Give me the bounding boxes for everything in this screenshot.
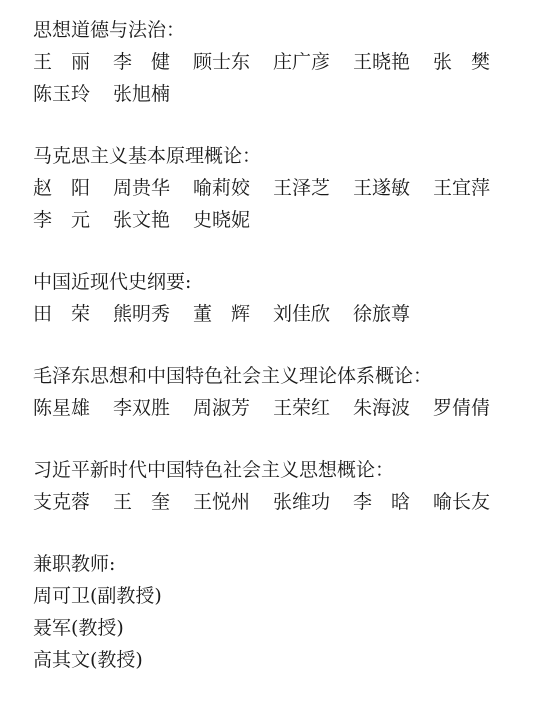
teacher-names: 王 丽 李 健 顾士东 庄广彦 王晓艳 张 樊 陈玉玲 张旭楠 xyxy=(33,46,513,110)
section-marxism-principles: 马克思主义基本原理概论： 赵 阳 周贵华 喻莉姣 王泽芝 王遂敏 王宜萍 李 元… xyxy=(33,140,558,236)
teacher-name: 罗倩倩 xyxy=(433,392,513,424)
teacher-name: 徐旅尊 xyxy=(353,298,433,330)
teacher-name: 周淑芳 xyxy=(193,392,273,424)
section-ethics-and-law: 思想道德与法治： 王 丽 李 健 顾士东 庄广彦 王晓艳 张 樊 陈玉玲 张旭楠 xyxy=(33,14,558,110)
faculty-list-document: 思想道德与法治： 王 丽 李 健 顾士东 庄广彦 王晓艳 张 樊 陈玉玲 张旭楠… xyxy=(0,0,558,676)
teacher-name: 支克蓉 xyxy=(33,486,113,518)
teacher-name: 李 元 xyxy=(33,204,113,236)
teacher-names: 田 荣 熊明秀 董 辉 刘佳欣 徐旅尊 xyxy=(33,298,513,330)
section-title: 习近平新时代中国特色社会主义思想概论： xyxy=(33,454,558,486)
teacher-name: 史晓妮 xyxy=(193,204,273,236)
teacher-name: 刘佳欣 xyxy=(273,298,353,330)
teacher-name: 王 丽 xyxy=(33,46,113,78)
teacher-name: 周贵华 xyxy=(113,172,193,204)
teacher-name: 李双胜 xyxy=(113,392,193,424)
teacher-name: 张 樊 xyxy=(433,46,513,78)
teacher-name: 王悦州 xyxy=(193,486,273,518)
teacher-name: 王遂敏 xyxy=(353,172,433,204)
teacher-name: 张维功 xyxy=(273,486,353,518)
teacher-name: 张文艳 xyxy=(113,204,193,236)
teacher-name: 王宜萍 xyxy=(433,172,513,204)
teacher-name: 喻长友 xyxy=(433,486,513,518)
part-time-teacher: 聂军(教授) xyxy=(33,612,558,644)
teacher-name: 顾士东 xyxy=(193,46,273,78)
teacher-name: 熊明秀 xyxy=(113,298,193,330)
teacher-name: 王 奎 xyxy=(113,486,193,518)
teacher-names: 陈星雄 李双胜 周淑芳 王荣红 朱海波 罗倩倩 xyxy=(33,392,513,424)
section-title: 兼职教师: xyxy=(33,548,558,580)
section-title: 马克思主义基本原理概论： xyxy=(33,140,558,172)
teacher-name: 陈星雄 xyxy=(33,392,113,424)
part-time-teacher: 高其文(教授) xyxy=(33,644,558,676)
section-title: 中国近现代史纲要: xyxy=(33,266,558,298)
teacher-names: 赵 阳 周贵华 喻莉姣 王泽芝 王遂敏 王宜萍 李 元 张文艳 史晓妮 xyxy=(33,172,513,236)
section-modern-history: 中国近现代史纲要: 田 荣 熊明秀 董 辉 刘佳欣 徐旅尊 xyxy=(33,266,558,330)
teacher-name: 陈玉玲 xyxy=(33,78,113,110)
teacher-name: 张旭楠 xyxy=(113,78,193,110)
teacher-name: 朱海波 xyxy=(353,392,433,424)
teacher-name: 喻莉姣 xyxy=(193,172,273,204)
teacher-name: 王荣红 xyxy=(273,392,353,424)
teacher-name: 田 荣 xyxy=(33,298,113,330)
teacher-name: 王晓艳 xyxy=(353,46,433,78)
section-part-time-teachers: 兼职教师: 周可卫(副教授) 聂军(教授) 高其文(教授) xyxy=(33,548,558,676)
teacher-name: 赵 阳 xyxy=(33,172,113,204)
teacher-name: 庄广彦 xyxy=(273,46,353,78)
teacher-name: 王泽芝 xyxy=(273,172,353,204)
teacher-name: 李 晗 xyxy=(353,486,433,518)
teacher-name: 李 健 xyxy=(113,46,193,78)
section-title: 毛泽东思想和中国特色社会主义理论体系概论： xyxy=(33,360,558,392)
part-time-teacher: 周可卫(副教授) xyxy=(33,580,558,612)
section-title: 思想道德与法治： xyxy=(33,14,558,46)
teacher-name: 董 辉 xyxy=(193,298,273,330)
section-mao-thought: 毛泽东思想和中国特色社会主义理论体系概论： 陈星雄 李双胜 周淑芳 王荣红 朱海… xyxy=(33,360,558,424)
teacher-names: 支克蓉 王 奎 王悦州 张维功 李 晗 喻长友 xyxy=(33,486,513,518)
section-xi-thought: 习近平新时代中国特色社会主义思想概论： 支克蓉 王 奎 王悦州 张维功 李 晗 … xyxy=(33,454,558,518)
